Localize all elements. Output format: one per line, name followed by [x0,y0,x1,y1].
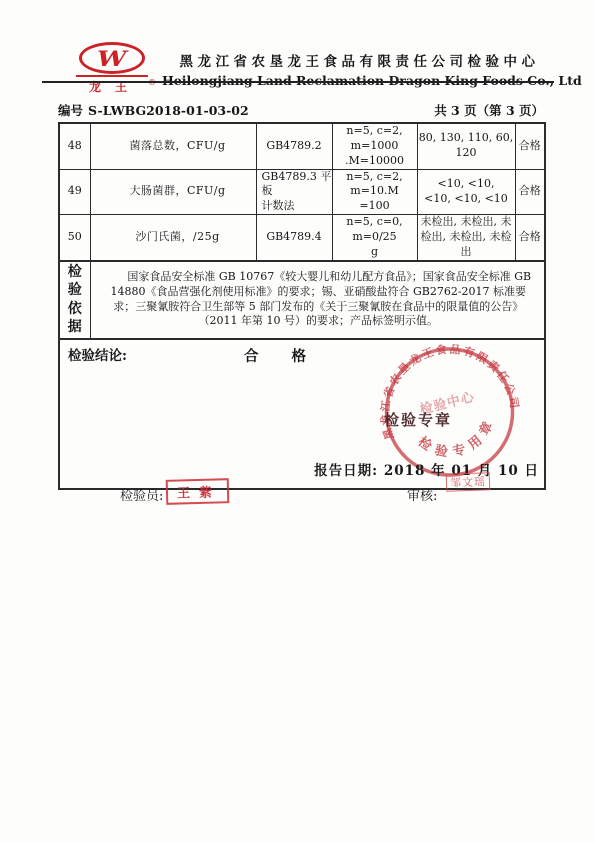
document-number-label: 编号 [58,103,83,118]
cell-no: 50 [59,215,90,261]
logo-monogram: W [97,48,126,69]
cell-result: 未检出, 未检出, 未 检出, 未检出, 未检 出 [417,215,515,261]
conclusion-row: 检验结论: 合 格 黑龙江省农垦龙王食品有限责任公司 检验中心 检验专用章 [59,339,545,489]
basis-label-char: 检 [60,263,90,282]
cell-method: GB4789.3 平 板 计数法 [256,169,332,215]
inspection-basis-text: 国家食品安全标准 GB 10767《较大婴儿和幼儿配方食品》；国家食品安全标准 … [100,270,538,329]
cell-item: 沙门氏菌，/25g [90,215,256,261]
cell-sampling-plan: n=5, c=2, m=1000 .M=10000 [332,123,417,169]
cell-method: GB4789.2 [256,123,332,169]
logo-ellipse: W [79,42,145,74]
reviewer-label: 审核: [407,485,437,504]
cell-no: 48 [59,123,90,169]
inspector-label: 检验员: [120,485,163,504]
seal-overlay-label: 检验专章 [384,410,452,430]
page-count: 共 3 页（第 3 页） [434,101,544,119]
cell-result: 80, 130, 110, 60, 120 [417,123,515,169]
cell-conclusion: 合格 [515,169,545,215]
cell-no: 49 [59,169,90,215]
cell-method: GB4789.4 [256,215,332,261]
conclusion-value: 合 格 [244,347,320,367]
inspection-basis-text-cell: 国家食品安全标准 GB 10767《较大婴儿和幼儿配方食品》；国家食品安全标准 … [90,261,545,339]
table-row: 49 大肠菌群，CFU/g GB4789.3 平 板 计数法 n=5, c=2,… [59,169,545,215]
table-row: 50 沙门氏菌，/25g GB4789.4 n=5, c=0, m=0/25 g… [59,215,545,261]
logo-brand-text: 龙王 [76,75,148,95]
cell-conclusion: 合格 [515,215,545,261]
cell-item: 大肠菌群，CFU/g [90,169,256,215]
dragon-king-logo-icon: W 龙王 ® [76,42,148,95]
results-table: 48 菌落总数，CFU/g GB4789.2 n=5, c=2, m=1000 … [58,122,546,490]
cell-sampling-plan: n=5, c=2, m=10.M =100 [332,169,417,215]
cell-sampling-plan: n=5, c=0, m=0/25 g [332,215,417,261]
reviewer-name-stamp: 邹文瑶 [446,472,491,492]
signature-line: 检验员: 王紫 审核: 邹文瑶 [58,476,544,512]
basis-label-char: 依 [60,300,90,319]
inspection-basis-row: 检 验 依 据 国家食品安全标准 GB 10767《较大婴儿和幼儿配方食品》；国… [59,261,545,339]
document-number-value: S-LWBG2018-01-03-02 [88,103,249,118]
basis-label-char: 据 [60,318,90,337]
inspector-name-stamp: 王紫 [166,478,230,505]
conclusion-label: 检验结论: [68,347,127,365]
cell-conclusion: 合格 [515,123,545,169]
cell-item: 菌落总数，CFU/g [90,123,256,169]
basis-label-char: 验 [60,281,90,300]
conclusion-cell: 检验结论: 合 格 黑龙江省农垦龙王食品有限责任公司 检验中心 检验专用章 [59,339,545,489]
inspection-report-page: W 龙王 ® 黑龙江省农垦龙王食品有限责任公司检验中心 Heilongjiang… [0,0,595,842]
document-meta: 编号S-LWBG2018-01-03-02 共 3 页（第 3 页） [58,101,544,119]
inspection-basis-label: 检 验 依 据 [59,261,90,339]
table-row: 48 菌落总数，CFU/g GB4789.2 n=5, c=2, m=1000 … [59,123,545,169]
header-divider [42,81,554,83]
document-number: 编号S-LWBG2018-01-03-02 [58,101,249,119]
cell-result: <10, <10, <10, <10, <10 [417,169,515,215]
company-title-cn: 黑龙江省农垦龙王食品有限责任公司检验中心 [162,50,557,70]
